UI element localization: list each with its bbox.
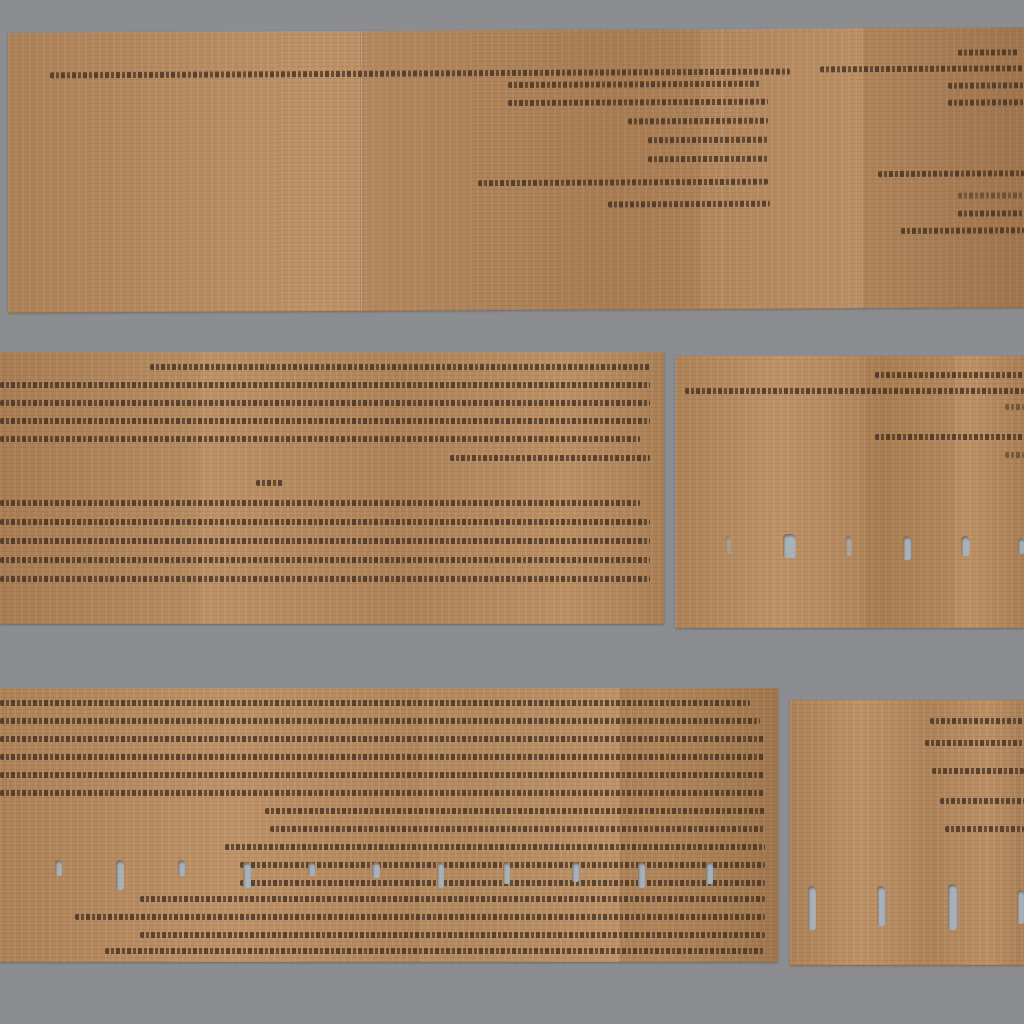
script-line bbox=[0, 576, 650, 582]
worm-hole bbox=[503, 862, 510, 884]
worm-hole bbox=[178, 860, 185, 876]
script-line bbox=[958, 192, 1024, 198]
script-line bbox=[150, 364, 650, 370]
worm-hole bbox=[845, 536, 852, 556]
fragment-shade bbox=[865, 356, 955, 628]
fragment-shade bbox=[620, 688, 778, 962]
script-line bbox=[0, 538, 650, 544]
script-line bbox=[958, 49, 1018, 55]
script-line bbox=[225, 844, 765, 850]
worm-hole bbox=[877, 886, 885, 926]
script-line bbox=[958, 210, 1024, 216]
script-line bbox=[878, 170, 1024, 177]
worm-hole bbox=[116, 860, 124, 890]
script-line bbox=[265, 808, 765, 814]
script-line bbox=[0, 436, 640, 442]
script-line bbox=[628, 118, 768, 125]
worm-hole bbox=[961, 536, 970, 556]
script-line bbox=[901, 227, 1024, 234]
worm-hole bbox=[638, 862, 645, 888]
fragment-shade bbox=[420, 688, 620, 962]
script-line bbox=[0, 382, 650, 388]
script-line bbox=[0, 557, 650, 563]
script-line bbox=[0, 790, 765, 796]
papyrus-fragment-bottom-left: Long papyrus fragment densely written wi… bbox=[0, 688, 778, 962]
worm-hole bbox=[808, 886, 816, 930]
script-line bbox=[930, 718, 1024, 724]
worm-hole bbox=[437, 862, 444, 888]
fragment-shade bbox=[0, 352, 200, 624]
script-line bbox=[478, 179, 768, 187]
script-line bbox=[140, 932, 765, 938]
papyrus-fragment-middle-right: Papyrus fragment with a few lines at top… bbox=[675, 356, 1024, 628]
worm-hole bbox=[1017, 890, 1024, 924]
script-line bbox=[648, 156, 768, 163]
script-line bbox=[648, 137, 768, 144]
script-line bbox=[820, 65, 1024, 72]
script-line bbox=[608, 201, 770, 208]
worm-hole bbox=[706, 862, 713, 884]
script-line bbox=[940, 798, 1024, 804]
worm-hole bbox=[725, 536, 731, 554]
script-line bbox=[0, 700, 750, 706]
worm-hole bbox=[783, 534, 796, 558]
script-line bbox=[0, 772, 765, 778]
script-line bbox=[0, 718, 760, 724]
script-line bbox=[105, 948, 765, 954]
script-line bbox=[75, 914, 765, 920]
script-line bbox=[140, 896, 765, 902]
script-line bbox=[0, 400, 650, 406]
script-line bbox=[0, 418, 650, 424]
script-line bbox=[0, 500, 640, 506]
papyrus-fragment-bottom-right: Papyrus fragment with short text lines a… bbox=[790, 700, 1024, 965]
script-line bbox=[948, 99, 1024, 105]
papyrus-fragment-middle-left: Papyrus fragment densely written with ab… bbox=[0, 352, 664, 624]
worm-hole bbox=[948, 884, 957, 930]
script-line bbox=[0, 519, 650, 525]
worm-hole bbox=[903, 536, 911, 560]
worm-hole bbox=[243, 862, 251, 888]
script-line bbox=[1005, 452, 1024, 458]
script-line bbox=[450, 455, 650, 461]
script-line bbox=[685, 388, 1024, 394]
script-line bbox=[945, 826, 1024, 832]
worm-hole bbox=[372, 862, 380, 878]
script-line bbox=[1005, 404, 1024, 410]
papyrus-fragment-top-strip: Long papyrus strip with sparse hieratic … bbox=[8, 27, 1024, 312]
script-line bbox=[0, 754, 765, 760]
script-line bbox=[270, 826, 765, 832]
script-line bbox=[256, 480, 284, 486]
script-line bbox=[0, 736, 765, 742]
script-line bbox=[925, 740, 1024, 746]
worm-hole bbox=[308, 862, 315, 876]
script-line bbox=[875, 372, 1024, 378]
script-line bbox=[932, 768, 1024, 774]
worm-hole bbox=[55, 860, 62, 876]
script-line bbox=[508, 99, 768, 106]
worm-hole bbox=[572, 862, 579, 882]
worm-hole bbox=[1018, 538, 1024, 554]
script-line bbox=[875, 434, 1024, 440]
script-line bbox=[948, 82, 1024, 88]
